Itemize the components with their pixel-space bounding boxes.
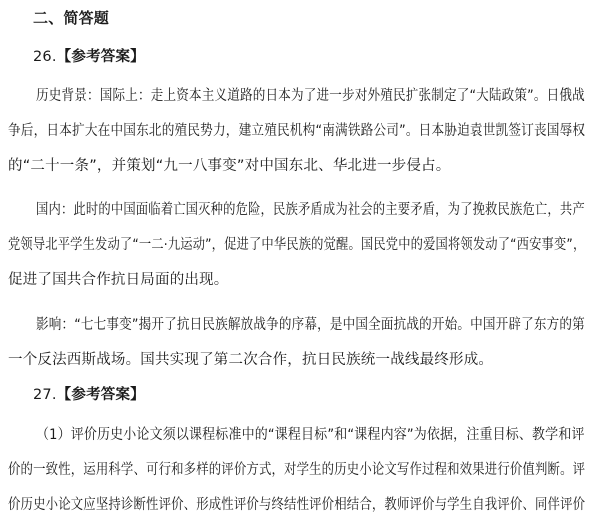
paragraph-line: 国内：此时的中国面临着亡国灭种的危险，民族矛盾成为社会的主要矛盾，为了挽救民族危… — [36, 200, 585, 220]
answer-label: 【参考答案】 — [57, 49, 145, 65]
paragraph-line: 价历史小论文应坚持诊断性评价、形成性评价与终结性评价相结合，教师评价与学生自我评… — [8, 495, 585, 515]
paragraph-line: 的“二十一条”，并策划“九一八事变”对中国东北、华北进一步侵占。 — [8, 156, 450, 176]
question-number: 26. — [33, 49, 57, 65]
paragraph-line: 党领导北平学生发动了“一二·九运动”，促进了中华民族的觉醒。国民党中的爱国将领发… — [8, 235, 585, 255]
paragraph-line: 影响：“七七事变”揭开了抗日民族解放战争的序幕，是中国全面抗战的开始。中国开辟了… — [36, 315, 585, 335]
paragraph-line: 历史背景：国际上：走上资本主义道路的日本为了进一步对外殖民扩张制定了“大陆政策”… — [36, 86, 585, 106]
paragraph-line: 一个反法西斯战场。国共实现了第二次合作，抗日民族统一战线最终形成。 — [8, 350, 493, 370]
question-26-header: 26.【参考答案】 — [33, 47, 145, 67]
question-27-header: 27.【参考答案】 — [33, 385, 145, 405]
section-heading: 二、简答题 — [33, 8, 109, 28]
paragraph-line: （1）评价历史小论文须以课程标准中的“课程目标”和“课程内容”为依据，注重目标、… — [36, 425, 585, 445]
paragraph-line: 争后，日本扩大在中国东北的殖民势力，建立殖民机构“南满铁路公司”。日本胁迫袁世凯… — [8, 121, 585, 141]
paragraph-line: 价的一致性，运用科学、可行和多样的评价方式，对学生的历史小论文写作过程和效果进行… — [8, 460, 585, 480]
answer-label: 【参考答案】 — [57, 387, 145, 403]
question-number: 27. — [33, 387, 57, 403]
paragraph-line: 促进了国共合作抗日局面的出现。 — [8, 270, 229, 290]
